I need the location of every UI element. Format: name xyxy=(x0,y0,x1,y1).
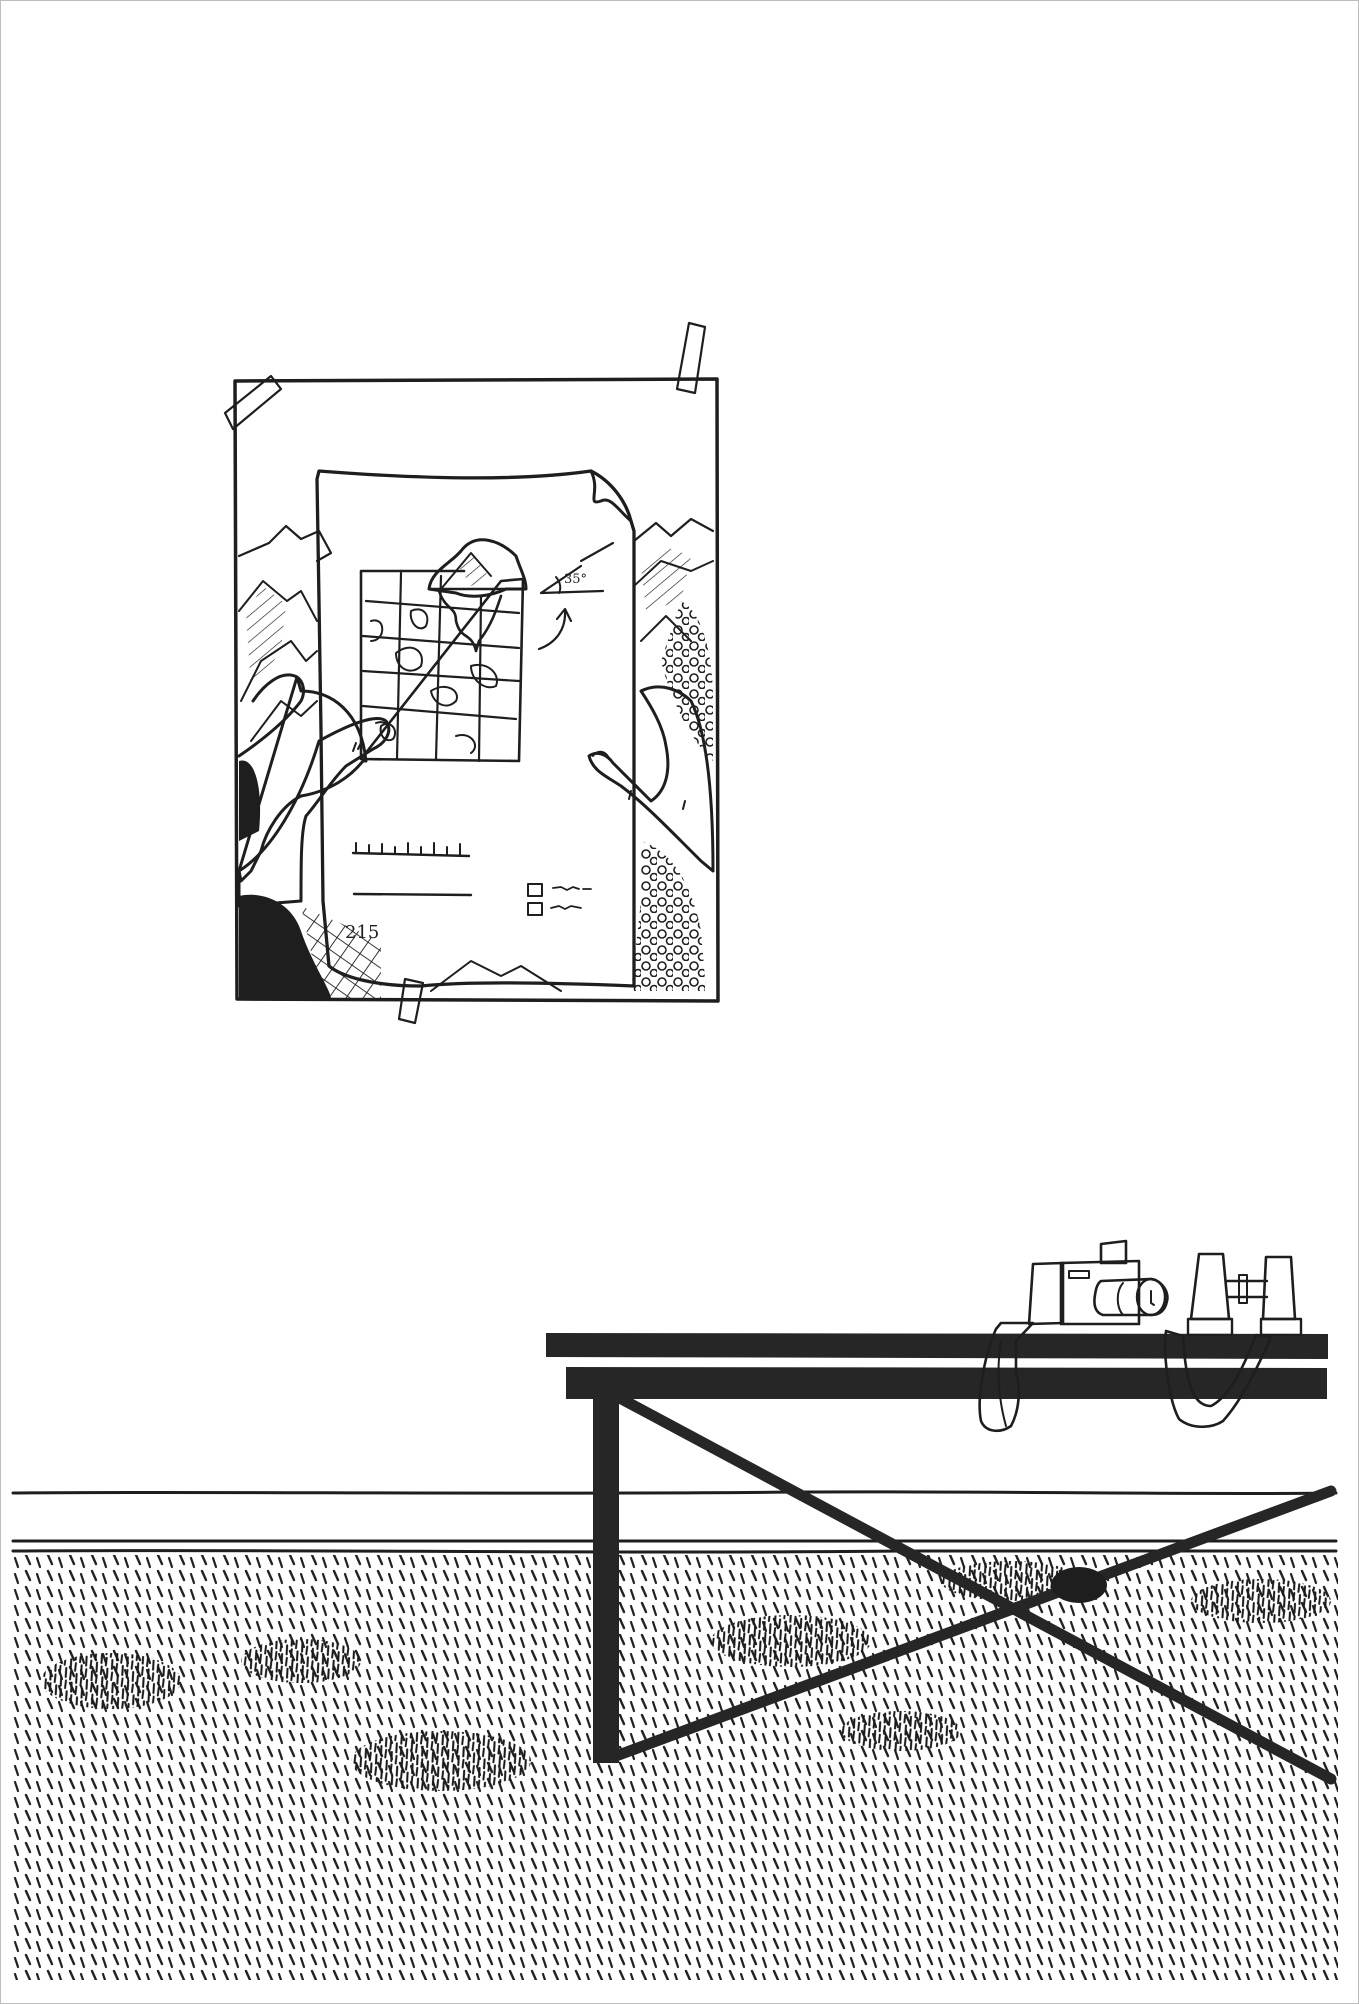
scale-bar xyxy=(353,843,471,895)
tape-top-right xyxy=(677,323,705,393)
foliage xyxy=(661,601,713,761)
left-hand xyxy=(239,675,389,906)
table-top-board xyxy=(546,1333,1328,1359)
page-number: 215 xyxy=(345,922,379,943)
illustration-frame: 35° 215 xyxy=(0,0,1359,2004)
angle-label: 35° xyxy=(564,572,587,587)
map-sheet: 35° 215 xyxy=(317,471,634,986)
foliage-dark-left xyxy=(239,761,260,841)
legend xyxy=(528,884,591,915)
foliage-lower xyxy=(631,841,706,991)
brace-joint xyxy=(1051,1567,1107,1603)
wall-baseboard xyxy=(13,1492,1336,1552)
binoculars xyxy=(1188,1254,1301,1335)
poster: 35° 215 xyxy=(225,323,718,1023)
illustration: 35° 215 xyxy=(1,1,1359,2004)
angle-annotation: 35° xyxy=(539,543,613,649)
mountains-right xyxy=(634,519,713,641)
camera xyxy=(1029,1241,1167,1324)
table-apron xyxy=(566,1367,1327,1399)
table-leg xyxy=(593,1391,619,1763)
floor-hatching xyxy=(13,1555,1338,1980)
